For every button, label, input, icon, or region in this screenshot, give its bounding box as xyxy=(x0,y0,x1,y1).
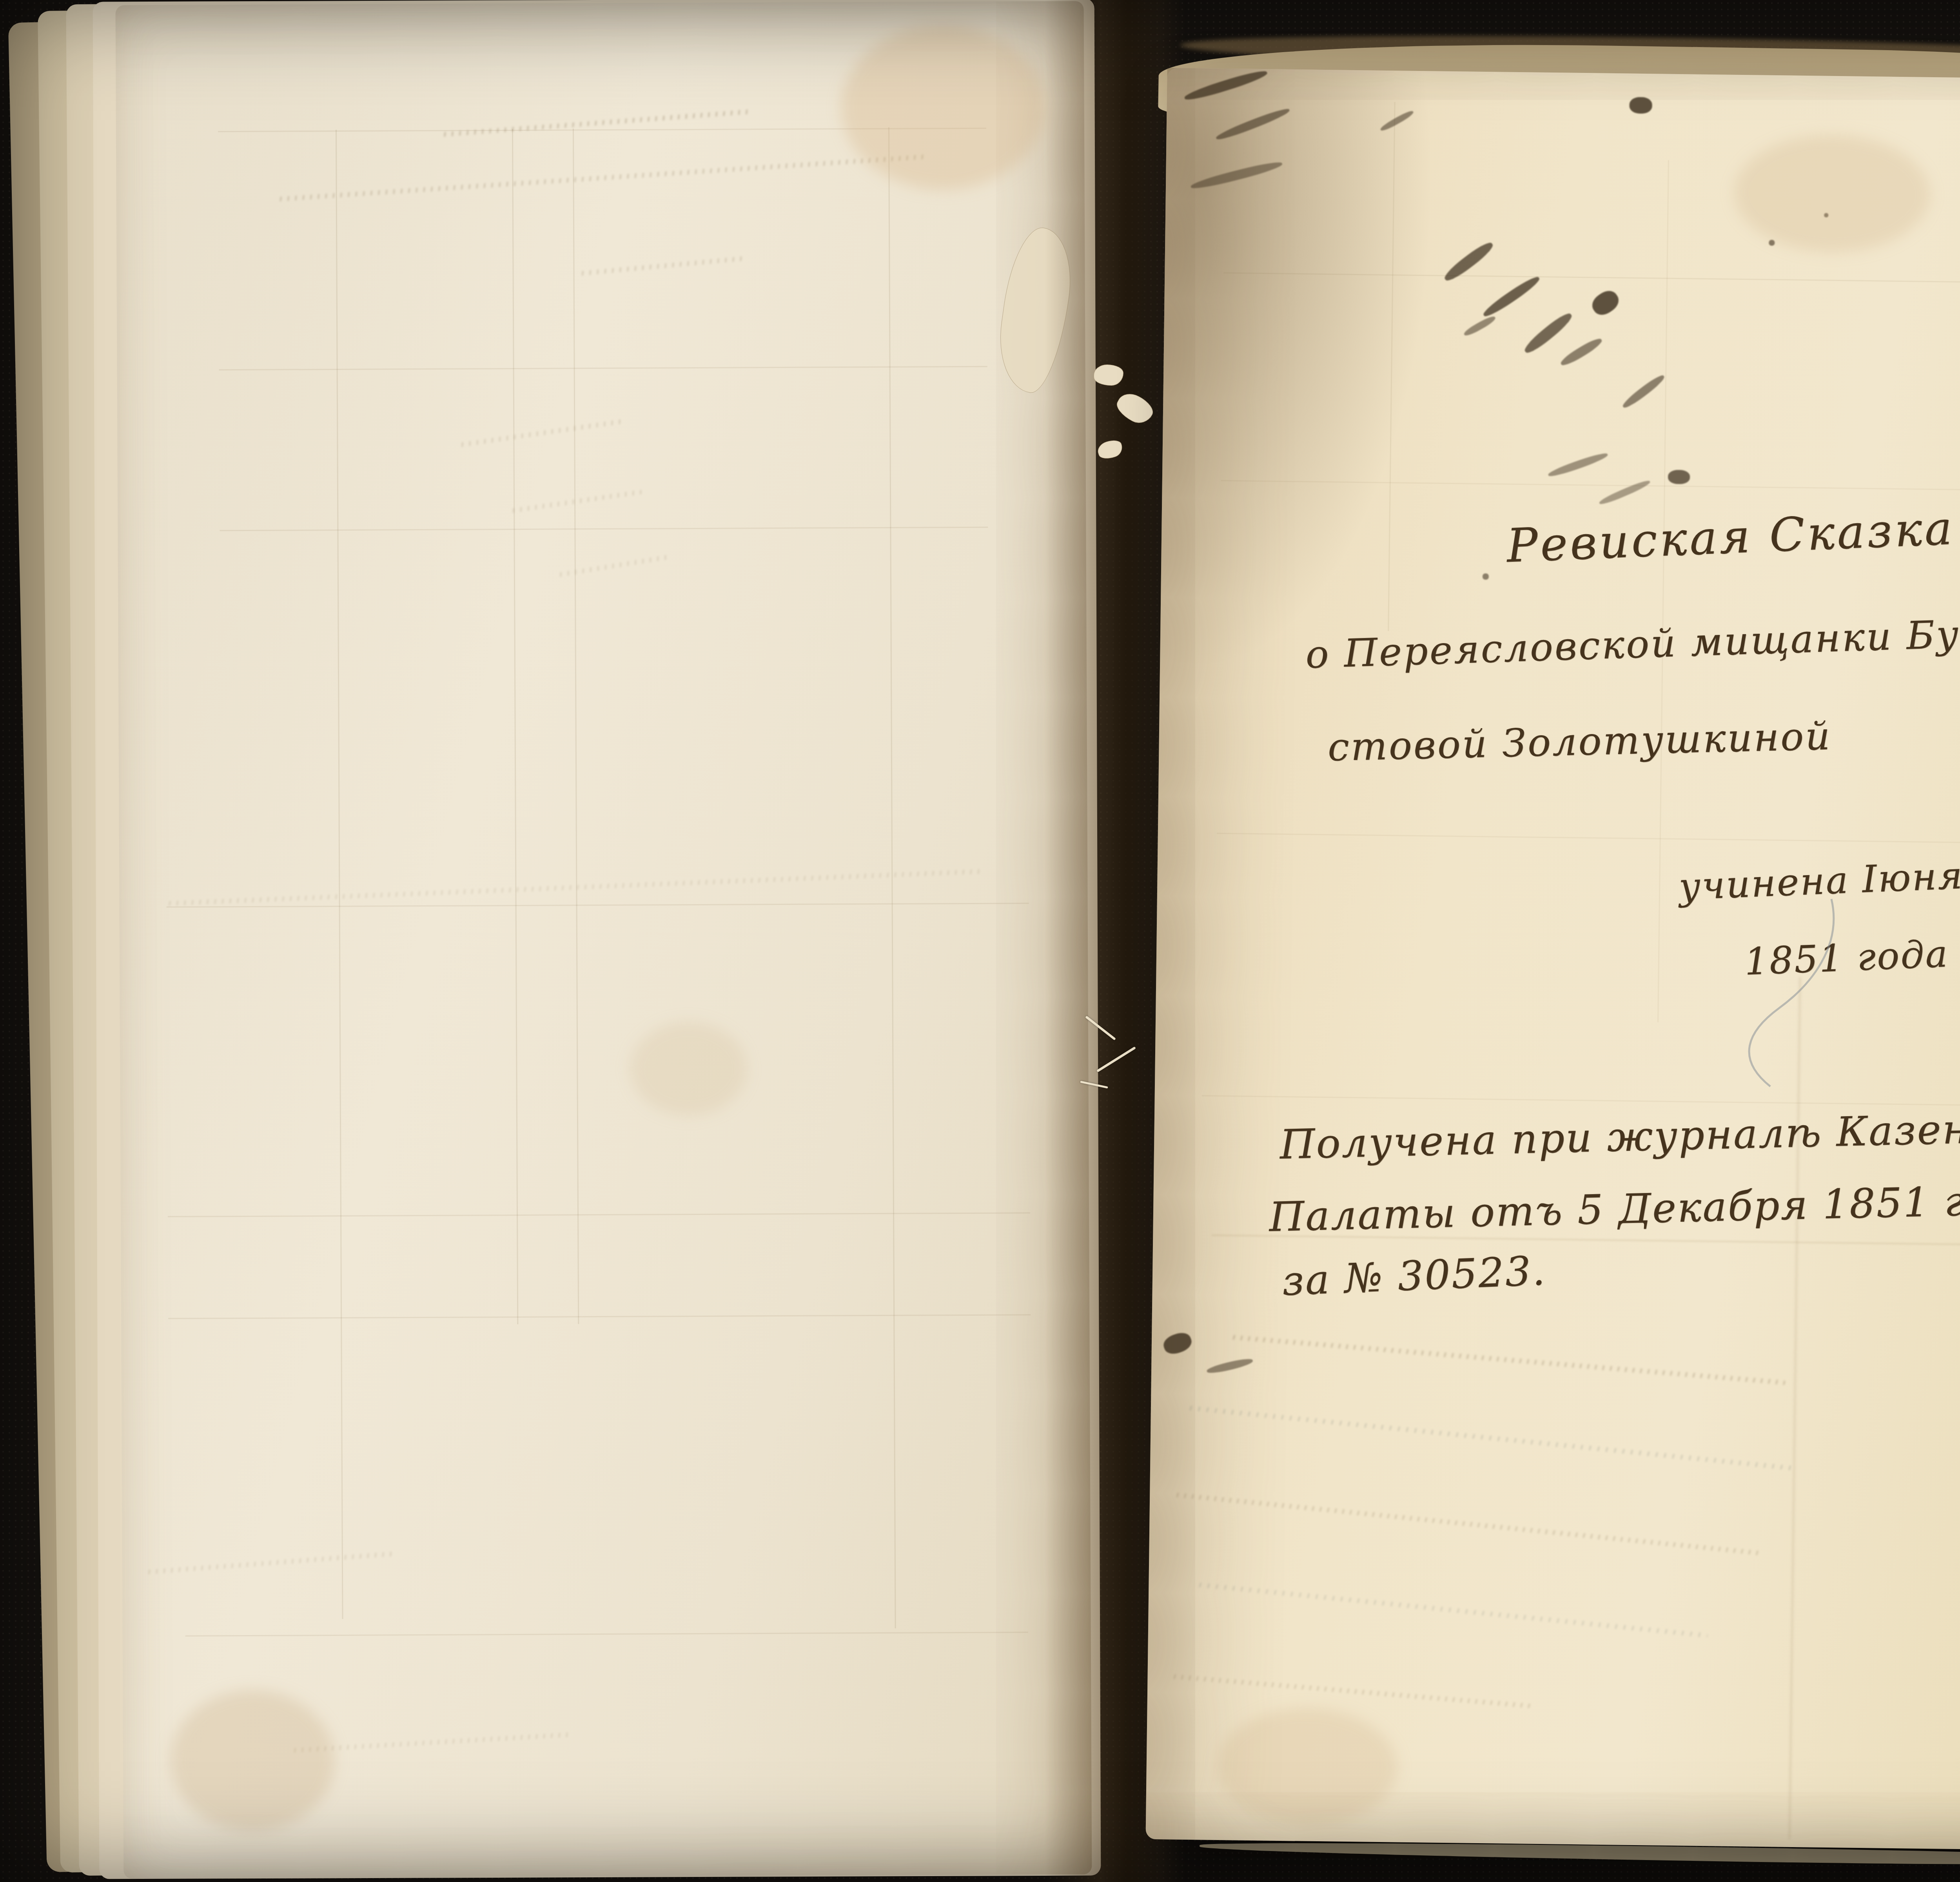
faint-table-rule xyxy=(336,130,343,1619)
ink-speck xyxy=(1769,240,1775,246)
bleedthrough-mark xyxy=(459,419,626,448)
paper-crease xyxy=(1789,977,1801,1839)
paper-stain xyxy=(1733,134,1931,254)
handwritten-title-line-1: Ревиская Сказка xyxy=(1506,501,1955,573)
bleedthrough-mark xyxy=(1174,1492,1764,1556)
ink-blot xyxy=(1668,470,1690,484)
torn-paper-bit xyxy=(1094,364,1123,386)
bleedthrough-mark xyxy=(146,1551,396,1574)
faint-table-rule xyxy=(573,129,579,1324)
faint-table-rule xyxy=(1657,160,1669,1023)
left-page xyxy=(116,1,1092,1879)
ink-speck xyxy=(1483,573,1489,580)
paper-stain xyxy=(841,25,1045,190)
ink-blot xyxy=(1621,373,1666,410)
paper-stain xyxy=(170,1690,335,1831)
bleedthrough-mark xyxy=(167,869,982,906)
faint-table-rule xyxy=(888,127,896,1628)
receipt-note-line-2: Палаты отъ 5 Декабря 1851 года xyxy=(1269,1176,1960,1241)
bleedthrough-mark xyxy=(1196,1582,1708,1638)
receipt-note-line-1: Получена при журналѣ Казенной xyxy=(1279,1104,1960,1168)
bleedthrough-mark xyxy=(442,109,751,137)
archival-scan: { "stamp": { "price_text": "ЦѢНА 15 КОП.… xyxy=(0,0,1960,1882)
faint-table-rule xyxy=(168,1212,1030,1217)
faint-table-rule xyxy=(219,366,987,371)
bleedthrough-mark xyxy=(278,154,927,202)
ink-blot xyxy=(1629,97,1652,114)
faint-table-rule xyxy=(185,1632,1028,1636)
pencil-curve-mark xyxy=(1711,890,1879,1103)
ink-blot xyxy=(1547,451,1609,479)
bleedthrough-mark xyxy=(1187,1405,1796,1471)
bleedthrough-mark xyxy=(579,256,748,276)
ink-blot xyxy=(1481,274,1542,319)
ink-blot xyxy=(1522,310,1575,356)
faint-table-rule xyxy=(512,129,518,1324)
bleedthrough-mark xyxy=(1171,1674,1531,1708)
paper-stain xyxy=(630,1021,748,1116)
ink-blot xyxy=(1598,478,1651,506)
receipt-note-line-3: за № 30523. xyxy=(1281,1247,1547,1305)
faint-table-rule xyxy=(220,527,988,531)
bleedthrough-mark xyxy=(1230,1335,1786,1385)
faint-table-rule xyxy=(168,1314,1031,1319)
ink-blot xyxy=(1161,1330,1194,1357)
ink-blot xyxy=(1559,336,1604,368)
faint-table-rule xyxy=(1217,833,1960,845)
ink-blot xyxy=(1206,1357,1254,1375)
paper-stain xyxy=(1216,1707,1398,1827)
ink-blot xyxy=(1588,287,1622,319)
bleedthrough-mark xyxy=(292,1732,574,1753)
faint-table-rule xyxy=(167,903,1029,908)
ink-blot xyxy=(1463,314,1497,338)
right-page: 205 203 xyxy=(1145,68,1960,1853)
bleedthrough-mark xyxy=(510,490,642,513)
